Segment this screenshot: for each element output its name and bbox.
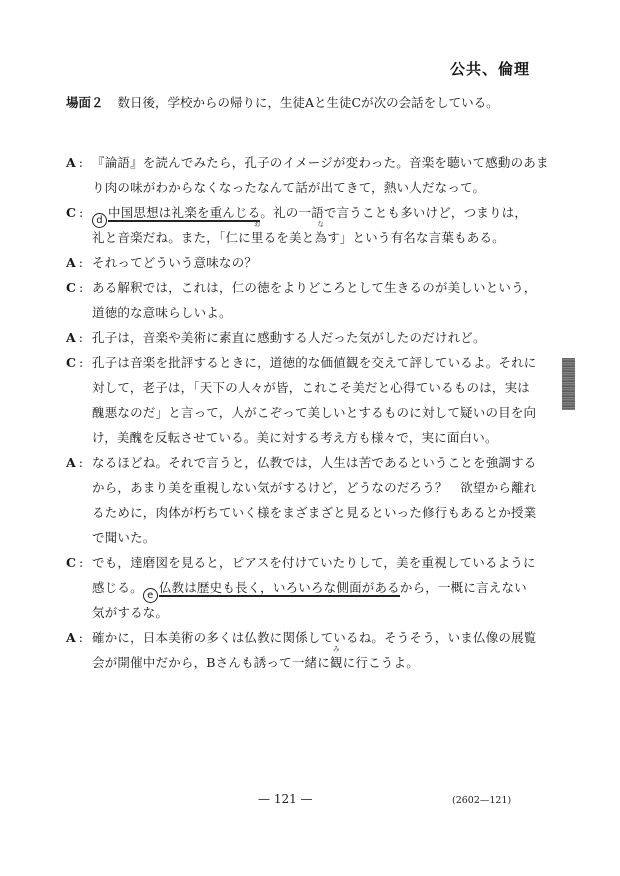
speaker-label: C — [66, 550, 83, 575]
underline-marker-d: d — [92, 213, 107, 228]
underlined-phrase-e: 仏教は歴史も長く，いろいろな側面がある — [159, 580, 400, 597]
dialogue-line: 会が開催中だから，Bさんも誘って一緒にみ観に行こうよ。 — [92, 650, 546, 675]
dialogue-text: 礼と音楽だね。また，「仁に — [92, 230, 251, 245]
dialogue-turn: A 確かに，日本美術の多くは仏教に関係しているね。そうそう，いま仏像の展覧 会が… — [66, 625, 546, 675]
dialogue-turn: C でも，達磨図を見ると，ピアスを付けていたりして，美を重視しているように 感じ… — [66, 550, 546, 625]
dialogue-turn: A それってどういう意味なの？ — [66, 250, 546, 275]
dialogue-line: 確かに，日本美術の多くは仏教に関係しているね。そうそう，いま仏像の展覧 — [92, 625, 546, 650]
scene-description: 数日後，学校からの帰りに，生徒Aと生徒Cが次の会話をしている。 — [118, 95, 499, 110]
ruby-base: 観 — [330, 655, 343, 670]
dialogue-line: それってどういう意味なの？ — [92, 250, 546, 275]
dialogue-turn: C ある解釈では，これは，仁の徳をよりどころとして生きるのが美しいという， 道徳… — [66, 275, 546, 325]
dialogue-line: 孔子は，音楽や美術に素直に感動する人だった気がしたのだけれど。 — [92, 325, 546, 350]
page-edge-tab-marker — [562, 358, 575, 410]
dialogue-text: るを美と — [264, 230, 315, 245]
dialogue-line: 醜悪なのだ」と言って，人がこぞって美しいとするものに対して疑いの目を向 — [92, 400, 546, 425]
ruby-reading: み — [333, 646, 340, 653]
speaker-label: A — [66, 150, 83, 175]
dialogue-line: なるほどね。それで言うと，仏教では，人生は苦であるということを強調する — [92, 450, 546, 475]
dialogue-line: で聞いた。 — [92, 525, 546, 550]
ruby-text: お里 — [251, 230, 264, 245]
ruby-text: な為 — [314, 230, 327, 245]
speaker-label: A — [66, 450, 83, 475]
scene-intro: 場面２ 数日後，学校からの帰りに，生徒Aと生徒Cが次の会話をしている。 — [66, 93, 566, 111]
subject-heading: 公共、倫理 — [450, 58, 530, 79]
ruby-base: 為 — [314, 230, 327, 245]
ruby-text: み観 — [330, 655, 343, 670]
dialogue-line: 孔子は音楽を批評するときに，道徳的な価値観を交えて評しているよ。それに — [92, 350, 546, 375]
ruby-reading: お — [254, 221, 261, 228]
speaker-label: A — [66, 625, 83, 650]
dialogue-line: 感じる。e仏教は歴史も長く，いろいろな側面があるから，一概に言えない — [92, 575, 546, 600]
dialogue-line: り肉の味がわからなくなったなんて話が出てきて，熱い人だなって。 — [92, 175, 546, 200]
dialogue-line: 礼と音楽だね。また，「仁にお里るを美とな為す」という有名な言葉もある。 — [92, 225, 546, 250]
speaker-label: A — [66, 325, 83, 350]
dialogue-turn: C d中国思想は礼楽を重んじる。礼の一語で言うことも多いけど，つまりは， 礼と音… — [66, 200, 546, 250]
speaker-label: C — [66, 275, 83, 300]
dialogue-line: 対して，老子は，「天下の人々が皆，これこそ美だと心得ているものは，実は — [92, 375, 546, 400]
dialogue-line: ある解釈では，これは，仁の徳をよりどころとして生きるのが美しいという， — [92, 275, 546, 300]
ruby-base: 里 — [251, 230, 264, 245]
dialogue-line: け，美醜を反転させている。美に対する考え方も様々で，実に面白い。 — [92, 425, 546, 450]
dialogue-line: るために，肉体が朽ちていく様をまざまざと見るといった修行もあるとか授業 — [92, 500, 546, 525]
dialogue: A 『論語』を読んでみたら，孔子のイメージが変わった。音楽を聴いて感動のあま り… — [66, 150, 546, 675]
dialogue-line: 気がするな。 — [92, 600, 546, 625]
speaker-label: C — [66, 200, 83, 225]
dialogue-line: 『論語』を読んでみたら，孔子のイメージが変わった。音楽を聴いて感動のあま — [92, 150, 546, 175]
dialogue-text: 感じる。 — [92, 580, 143, 595]
dialogue-line: 道徳的な意味らしいよ。 — [92, 300, 546, 325]
speaker-label: C — [66, 350, 83, 375]
dialogue-line: でも，達磨図を見ると，ピアスを付けていたりして，美を重視しているように — [92, 550, 546, 575]
exam-code: (2602—121) — [452, 795, 511, 806]
underlined-phrase-d: 中国思想は礼楽を重んじる — [108, 205, 260, 222]
page-number: — 121 — — [258, 792, 313, 806]
dialogue-text: 会が開催中だから，Bさんも誘って一緒に — [92, 655, 330, 670]
dialogue-text: 。礼の一語で言うことも多いけど，つまりは， — [260, 205, 527, 220]
dialogue-text: から，一概に言えない — [400, 580, 527, 595]
scene-label: 場面２ — [66, 95, 104, 110]
dialogue-turn: A 孔子は，音楽や美術に素直に感動する人だった気がしたのだけれど。 — [66, 325, 546, 350]
dialogue-line: から，あまり美を重視しない気がするけど，どうなのだろう？ 欲望から離れ — [92, 475, 546, 500]
dialogue-turn: A なるほどね。それで言うと，仏教では，人生は苦であるということを強調する から… — [66, 450, 546, 550]
ruby-reading: な — [317, 221, 324, 228]
dialogue-text: に行こうよ。 — [343, 655, 419, 670]
dialogue-turn: C 孔子は音楽を批評するときに，道徳的な価値観を交えて評しているよ。それに 対し… — [66, 350, 546, 450]
dialogue-text: す」という有名な言葉もある。 — [327, 230, 505, 245]
speaker-label: A — [66, 250, 83, 275]
dialogue-turn: A 『論語』を読んでみたら，孔子のイメージが変わった。音楽を聴いて感動のあま り… — [66, 150, 546, 200]
underline-marker-e: e — [143, 588, 158, 603]
